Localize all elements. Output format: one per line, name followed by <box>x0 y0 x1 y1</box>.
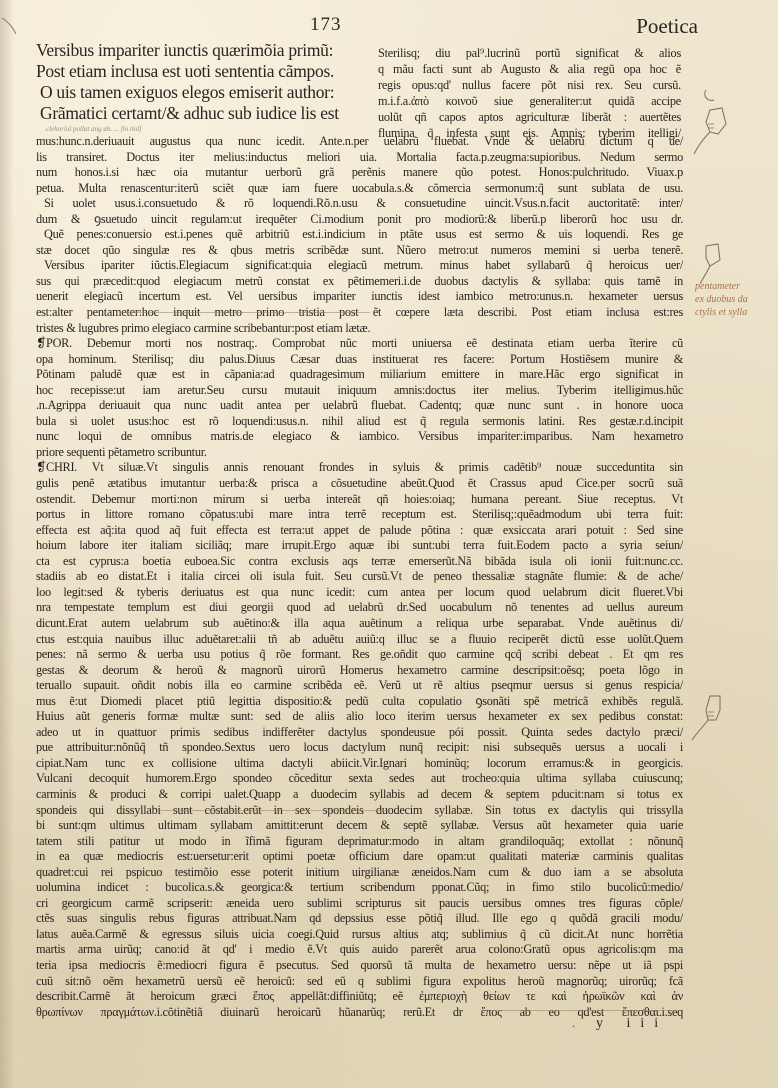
manicule-icon <box>690 690 730 750</box>
gloss-line: q mãu facti sunt ab Augusto & alia regũ … <box>378 62 681 78</box>
signature-mark: y iii <box>596 1016 668 1032</box>
commentary-line: hoium labore iter italiam siciliãq; mare… <box>36 538 683 554</box>
commentary-line: Versibus ipariter iũctis.Elegiacum signi… <box>36 258 683 274</box>
commentary-line: mus:hunc.n.deriuauit augustus qua nunc i… <box>36 134 683 150</box>
commentary-line: bula si uolet usus:hoc est rõ loquendi:u… <box>36 414 683 430</box>
interlinear-handwritten-note: clehoriul pollat ang ab. ... fin tiulf <box>36 124 374 134</box>
commentary-line: stadiis ab eo distat.Et i italia circei … <box>36 569 683 585</box>
signature-dot: . <box>572 1016 575 1031</box>
commentary-line: dum & ꝯsuetudo uincit regulam:ut irequẽt… <box>36 212 683 228</box>
folio-number: 173 <box>310 14 342 36</box>
commentary-line: describit.Carmẽ ãt heroicum græci ἔπος a… <box>36 989 683 1005</box>
commentary-line: cipiat.Nam tunc ex collisione ultima dac… <box>36 756 683 772</box>
gloss-block: Sterilisq; diu pal⁹.lucrinũ portũ signif… <box>378 46 681 141</box>
commentary-block: mus:hunc.n.deriuauit augustus qua nunc i… <box>36 134 683 1020</box>
commentary-line: loo legit:sed & tyberis deriuatus est qu… <box>36 585 683 601</box>
verse-line: Versibus impariter iunctis quærimõia pri… <box>36 40 374 61</box>
commentary-line: adeo ut in quattuor primis sedibus indif… <box>36 725 683 741</box>
commentary-line: mus ẽ:ut Diomedi placet ptiũ legittia di… <box>36 694 683 710</box>
commentary-line: hoc recepisse:ut iam aretur.Seu cursu mu… <box>36 383 683 399</box>
commentary-line: portus in littore romano cõpatus:ubi mar… <box>36 507 683 523</box>
commentary-line: petua. Multa renascentur:iterũ sciẽt quæ… <box>36 181 683 197</box>
corner-flourish-icon <box>0 14 20 38</box>
commentary-line: uenerit elegiacũ incertum est. Vel uersi… <box>36 289 683 305</box>
running-head: Poetica <box>636 14 698 39</box>
commentary-line: .n.Agrippa deriuauit qua nunc uadit ante… <box>36 398 683 414</box>
commentary-line: tristes & lugubres primo elegiaco carmin… <box>36 321 683 337</box>
commentary-line: lis transiret. Doctus iter melius:induct… <box>36 150 683 166</box>
commentary-line: uolumina indicet : bucolica.s.& georgica… <box>36 880 683 896</box>
commentary-line: ctus est:quia nauibus illuc aduẽtaret:al… <box>36 632 683 648</box>
gloss-line: Sterilisq; diu pal⁹.lucrinũ portũ signif… <box>378 46 681 62</box>
reader-underline <box>120 312 370 313</box>
commentary-line: stæ docet qũo singulæ res & qbus metris … <box>36 243 683 259</box>
reader-underline <box>160 810 390 811</box>
commentary-line: in ea quæ mediocris est:uersetur:erit op… <box>36 849 683 865</box>
commentary-line: cri georgicum carmẽ scripserit: æneida u… <box>36 896 683 912</box>
commentary-line: dicunt.Erat autem uelabrum sub auẽtino:&… <box>36 616 683 632</box>
commentary-section-por: ❡POR. Debemur morti nos nostraq;. Compro… <box>36 336 683 352</box>
gloss-line: uolũt qñ capos aptos agriculturæ liberãt… <box>378 110 681 126</box>
commentary-line: teria ipsa mediocris ẽ:mediocri figura ẽ… <box>36 958 683 974</box>
commentary-line: cuũ sit:nõ oẽm hexametrũ uersũ eẽ heroic… <box>36 974 683 990</box>
commentary-line: tatem stili patitur ut modo in ĩfimã fig… <box>36 834 683 850</box>
verse-line: Post etiam inclusa est uoti sententia cã… <box>36 61 374 82</box>
commentary-line: gulis penẽ ætatibus imutantur uerba:& pr… <box>36 476 683 492</box>
commentary-line: bi sunt:qm ultimus ultimam syllabam amit… <box>36 818 683 834</box>
commentary-line: teruallo supauit. oñdit nobis illa eo ca… <box>36 678 683 694</box>
margin-note-line: ex duobus da <box>695 293 748 306</box>
commentary-section-chri: ❡CHRI. Vt siluæ.Vt singulis annis renoua… <box>36 460 683 476</box>
commentary-line: penes: nã sermo & uerba usu potius q̃ rõ… <box>36 647 683 663</box>
manicule-icon <box>692 88 732 158</box>
commentary-line: opa hominum. Sterilisq; diu palus.Diuus … <box>36 352 683 368</box>
commentary-line: cta est cyprus:a boetia euboea.Sic contr… <box>36 554 683 570</box>
commentary-line: quadret:cui rei pspicuo testimõio esse p… <box>36 865 683 881</box>
commentary-line: martis arma uirũq; cano:id ãt qd' i medi… <box>36 942 683 958</box>
commentary-line: sus qui præcedit:quod elegiacum metrũ co… <box>36 274 683 290</box>
verse-line: Grãmatici certamt/& adhuc sub iudice lis… <box>36 103 374 124</box>
commentary-line: pue attribuitur:nõnũq̃ tñ spondeo.Sextus… <box>36 740 683 756</box>
commentary-line: priore sequenti pẽtametro scribuntur. <box>36 445 683 461</box>
page-edge-shadow <box>0 0 14 1088</box>
reader-underline <box>490 1010 680 1011</box>
commentary-line: effecta est aq̃:ita quod aq̃ fuit effect… <box>36 523 683 539</box>
gloss-line: m.i.f.a.ἀπὸ κοινοῦ siue generaliter:ut q… <box>378 94 681 110</box>
commentary-line: gestas & deorum & heroũ & magnorũ uirorũ… <box>36 663 683 679</box>
commentary-line: carminis & produci & corripi ualet.Quapp… <box>36 787 683 803</box>
gloss-line: regis opus:qd' nullus facere põt nisi re… <box>378 78 681 94</box>
manuscript-page: 173 Poetica Versibus impariter iunctis q… <box>0 0 778 1088</box>
verse-line: O uis tamen exiguos elegos emiserit auth… <box>36 82 374 103</box>
commentary-line: num honos.i.si hæc oia mutantur uerborũ … <box>36 165 683 181</box>
commentary-line: Si uolet usus.i.consuetudo & rõ loquendi… <box>36 196 683 212</box>
commentary-line: ctẽs suas singulis rebus figuras attribu… <box>36 911 683 927</box>
commentary-line: ostendit. Debemur morti:non mirum si uer… <box>36 492 683 508</box>
verse-text-block: Versibus impariter iunctis quærimõia pri… <box>36 40 374 134</box>
commentary-line: nunc loqui de omnibus matris.de elegiaco… <box>36 429 683 445</box>
commentary-line: Huius aũt generis formæ multæ sunt: sed … <box>36 709 683 725</box>
commentary-line: nra tempestate templum est diui georgii … <box>36 600 683 616</box>
margin-note-line: pentameter <box>695 280 748 293</box>
margin-note-line: ctylis et sylla <box>695 306 748 319</box>
commentary-line: Põtinam paludẽ quæ est in cãpania:ad qua… <box>36 367 683 383</box>
commentary-line: Vulcani decoquit humorem.Ergo spondeo cõ… <box>36 771 683 787</box>
commentary-line: latus auẽa.Carmẽ & egressus siluis uicia… <box>36 927 683 943</box>
handwritten-margin-note: pentameter ex duobus da ctylis et sylla <box>695 280 748 319</box>
commentary-line: Quẽ penes:conuersio est.i.penes quẽ arbi… <box>36 227 683 243</box>
commentary-line: θρωπίνων πραγμάτων.i.cõtinẽtiã diuinarũ … <box>36 1005 683 1021</box>
